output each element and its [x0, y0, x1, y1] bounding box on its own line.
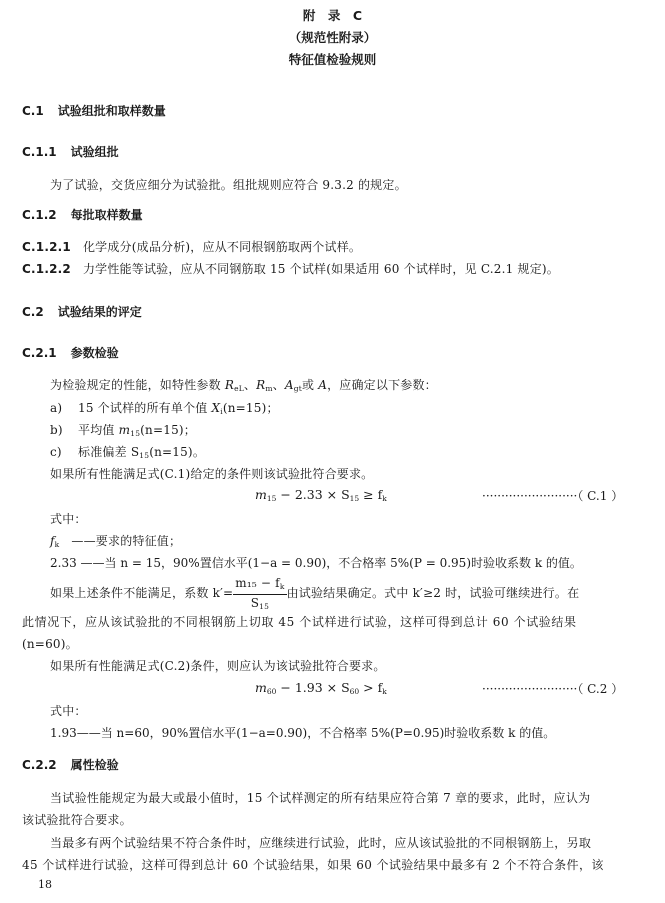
eq-sub: 15 [267, 494, 277, 503]
definition-193: 1.93——当 n=60，90%置信水平(1−a=0.90)，不合格率 5%(P… [50, 724, 555, 741]
list-text: 15 个试样的所有单个值 [78, 401, 212, 415]
para-text: 如果上述条件不能满足，系数 k′= [50, 586, 233, 600]
k-prime-paragraph-line2: 此情况下，应从该试验批的不同根钢筋上切取 45 个试样进行试验，这样可得到总计 … [22, 613, 577, 630]
eq-var: m [255, 680, 267, 695]
section-c2-heading: C.2试验结果的评定 [22, 303, 142, 320]
section-title: 参数检验 [71, 346, 119, 360]
eq-sub: k [382, 687, 387, 696]
eq-operator: − 1.93 × S [276, 680, 349, 695]
section-title: 属性检验 [71, 758, 119, 772]
separator: 或 [302, 378, 318, 392]
definition-fk: fk——要求的特征值； [50, 532, 181, 549]
list-label: b) [50, 423, 78, 437]
var: m [119, 423, 131, 437]
c22-paragraph1-line1: 当试验性能规定为最大或最小值时，15 个试样测定的所有结果应符合第 7 章的要求… [50, 789, 590, 806]
where-label: 式中： [50, 702, 87, 719]
eq-sub: 60 [350, 687, 360, 696]
equation-c2: m60 − 1.93 × S60 > fk [255, 680, 387, 696]
def-sub: k [55, 540, 60, 549]
c22-paragraph2-line2: 45 个试样进行试验，这样可得到总计 60 个试验结果，如果 60 个试验结果中… [22, 856, 604, 873]
c22-paragraph2-line1: 当最多有两个试验结果不符合条件时，应继续进行试验，此时，应从该试验批的不同根钢筋… [50, 834, 591, 851]
c121-clause: C.1.2.1化学成分(成品分析)，应从不同根钢筋取两个试样。 [22, 238, 361, 255]
eq-operator: − 2.33 × S [276, 487, 349, 502]
eq-operator: > f [359, 680, 382, 695]
eq-sub: k [382, 494, 387, 503]
list-tail: (n=15)； [223, 401, 279, 415]
separator: 、 [244, 378, 256, 392]
appendix-label: 附 录 C [0, 6, 665, 24]
list-tail: (n=15)； [140, 423, 196, 437]
section-title: 试验组批 [71, 145, 119, 159]
section-number: C.2 [22, 305, 44, 319]
intro-text: 为检验规定的性能，如特性参数 [50, 378, 225, 392]
k-prime-paragraph-line1: 如果上述条件不能满足，系数 k′=m₁₅ − fkS15由试验结果确定。式中 k… [50, 574, 579, 613]
equation-c1: m15 − 2.33 × S15 ≥ fk [255, 487, 387, 503]
param-sub: gt [294, 384, 302, 393]
c22-paragraph1-line2: 该试验批符合要求。 [22, 811, 132, 828]
section-number: C.1.2 [22, 208, 57, 222]
appendix-type: （规范性附录） [0, 28, 665, 46]
para-text: 由试验结果确定。式中 k′≥2 时，试验可继续进行。在 [287, 586, 580, 600]
equation-number-c2: ·························（ C.2 ） [482, 680, 623, 697]
c21-intro: 为检验规定的性能，如特性参数 ReL、Rm、Agt或 A，应确定以下参数： [50, 376, 437, 393]
param-sub: eL [234, 384, 244, 393]
separator: ， [327, 378, 339, 392]
appendix-title: 特征值检验规则 [0, 50, 665, 68]
section-number: C.1 [22, 104, 44, 118]
condition-c1: 如果所有性能满足式(C.1)给定的条件则该试验批符合要求。 [50, 465, 373, 482]
list-label: a) [50, 401, 78, 415]
clause-number: C.1.2.2 [22, 262, 71, 276]
section-c21-heading: C.2.1参数检验 [22, 344, 119, 361]
list-text: 标准偏差 [78, 445, 131, 459]
eq-operator: ≥ f [359, 487, 382, 502]
frac-sub: 15 [259, 602, 269, 611]
list-item-b: b)平均值 m15(n=15)； [50, 421, 196, 438]
eq-sub: 60 [267, 687, 277, 696]
definition-233: 2.33 ——当 n = 15，90%置信水平(1−a = 0.90)，不合格率… [50, 554, 582, 571]
list-item-c: c)标准偏差 S15(n=15)。 [50, 443, 205, 460]
frac-numerator: m₁₅ − f [235, 576, 280, 590]
list-text: 平均值 [78, 423, 119, 437]
list-label: c) [50, 445, 78, 459]
k-prime-fraction: m₁₅ − fkS15 [233, 576, 286, 615]
section-c12-heading: C.1.2每批取样数量 [22, 206, 143, 223]
var: S [131, 445, 139, 459]
k-prime-paragraph-line3: (n=60)。 [22, 635, 78, 652]
section-number: C.2.1 [22, 346, 57, 360]
eq-var: m [255, 487, 267, 502]
section-title: 试验组批和取样数量 [58, 104, 166, 118]
section-c11-heading: C.1.1试验组批 [22, 143, 119, 160]
section-c1-heading: C.1试验组批和取样数量 [22, 102, 166, 119]
c122-clause: C.1.2.2力学性能等试验，应从不同钢筋取 15 个试样(如果适用 60 个试… [22, 260, 559, 277]
frac-denominator: S [251, 596, 259, 610]
c11-paragraph: 为了试验，交货应细分为试验批。组批规则应符合 9.3.2 的规定。 [50, 176, 407, 193]
param-var: R [225, 378, 234, 392]
condition-c2: 如果所有性能满足式(C.2)条件，则应认为该试验批符合要求。 [50, 657, 386, 674]
eq-sub: 15 [350, 494, 360, 503]
var-sub: 15 [130, 429, 140, 438]
clause-number: C.1.2.1 [22, 240, 71, 254]
intro-text: 应确定以下参数： [339, 378, 437, 392]
def-text: ——要求的特征值； [71, 534, 181, 548]
list-tail: (n=15)。 [149, 445, 205, 459]
def-var: f [50, 534, 55, 548]
param-var: R [256, 378, 265, 392]
page-number: 18 [38, 878, 52, 891]
frac-sub: k [280, 582, 285, 591]
param-var: A [285, 378, 294, 392]
where-label: 式中： [50, 510, 87, 527]
clause-text: 力学性能等试验，应从不同钢筋取 15 个试样(如果适用 60 个试样时，见 C.… [83, 262, 559, 276]
var-sub: 15 [139, 451, 149, 460]
separator: 、 [273, 378, 285, 392]
section-number: C.2.2 [22, 758, 57, 772]
section-number: C.1.1 [22, 145, 57, 159]
var: X [212, 401, 221, 415]
section-title: 每批取样数量 [71, 208, 143, 222]
equation-number-c1: ·························（ C.1 ） [482, 487, 623, 504]
section-title: 试验结果的评定 [58, 305, 142, 319]
param-sub: m [265, 384, 272, 393]
clause-text: 化学成分(成品分析)，应从不同根钢筋取两个试样。 [83, 240, 361, 254]
param-var: A [318, 378, 327, 392]
section-c22-heading: C.2.2属性检验 [22, 756, 119, 773]
list-item-a: a)15 个试样的所有单个值 Xi(n=15)； [50, 399, 279, 416]
